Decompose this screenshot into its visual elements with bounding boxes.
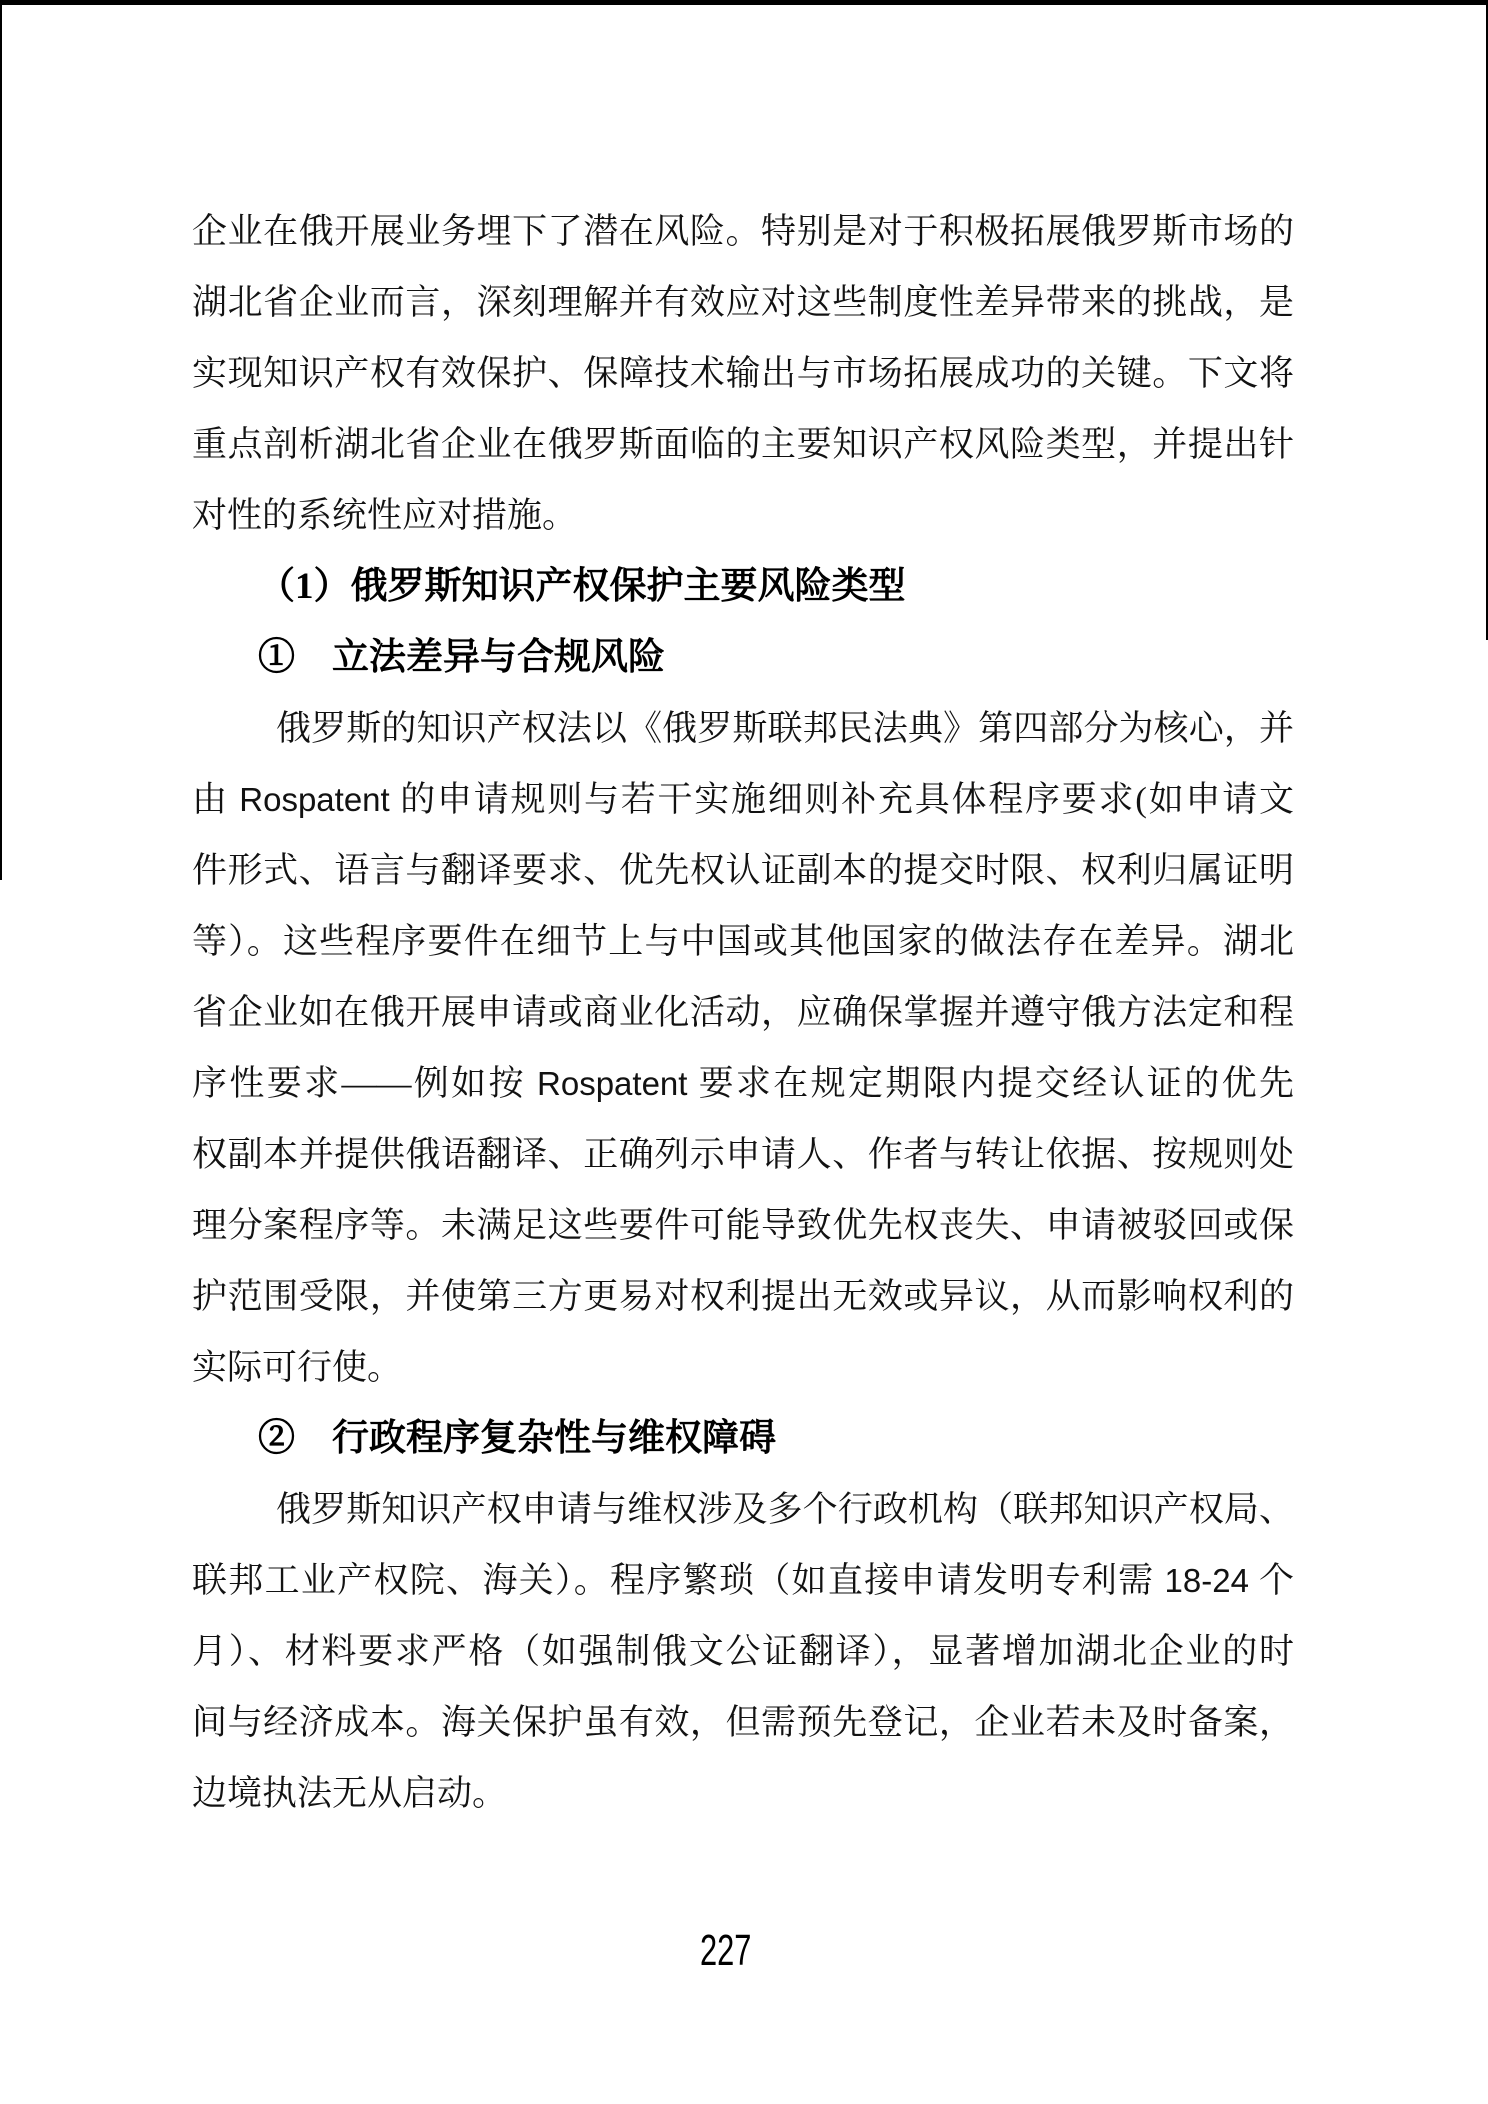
text-line: 联邦工业产权院、海关）。程序繁琐（如直接申请发明专利需 18-24 个 (192, 1545, 1294, 1616)
text-segment: 序性要求——例如按 (192, 1064, 537, 1103)
text-line: 重点剖析湖北省企业在俄罗斯面临的主要知识产权风险类型，并提出针 (192, 409, 1294, 480)
text-segment: 要求在规定期限内提交经认证的优先 (687, 1064, 1294, 1103)
latin-term-rospatent: Rospatent (537, 1065, 687, 1102)
text-line: 俄罗斯的知识产权法以《俄罗斯联邦民法典》第四部分为核心，并 (192, 693, 1294, 764)
text-line: 由 Rospatent 的申请规则与若干实施细则补充具体程序要求(如申请文 (192, 764, 1294, 835)
page-number: 227 (700, 1928, 751, 1974)
latin-term-rospatent: Rospatent (239, 781, 389, 818)
text-line: 俄罗斯知识产权申请与维权涉及多个行政机构（联邦知识产权局、 (192, 1474, 1294, 1545)
text-line: 理分案程序等。未满足这些要件可能导致优先权丧失、申请被驳回或保 (192, 1190, 1294, 1261)
scan-top-border (0, 0, 1488, 5)
text-segment: 由 (192, 780, 239, 819)
latin-number: 18-24 (1165, 1562, 1249, 1599)
text-line: 实现知识产权有效保护、保障技术输出与市场拓展成功的关键。下文将 (192, 338, 1294, 409)
text-segment: 的申请规则与若干实施细则补充具体程序要求(如申请文 (390, 780, 1294, 819)
scan-left-border (0, 0, 2, 880)
subsection-heading-2: ② 行政程序复杂性与维权障碍 (192, 1403, 1294, 1474)
text-line: 序性要求——例如按 Rospatent 要求在规定期限内提交经认证的优先 (192, 1048, 1294, 1119)
text-line: 权副本并提供俄语翻译、正确列示申请人、作者与转让依据、按规则处 (192, 1119, 1294, 1190)
text-line: 月）、材料要求严格（如强制俄文公证翻译），显著增加湖北企业的时 (192, 1616, 1294, 1687)
document-page: 企业在俄开展业务埋下了潜在风险。特别是对于积极拓展俄罗斯市场的 湖北省企业而言，… (0, 0, 1488, 2104)
subsection-heading-1: ① 立法差异与合规风险 (192, 622, 1294, 693)
text-segment: 个 (1249, 1561, 1294, 1600)
text-segment: 联邦工业产权院、海关）。程序繁琐（如直接申请发明专利需 (192, 1561, 1165, 1600)
text-line: 等）。这些程序要件在细节上与中国或其他国家的做法存在差异。湖北 (192, 906, 1294, 977)
text-line: 湖北省企业而言，深刻理解并有效应对这些制度性差异带来的挑战，是 (192, 267, 1294, 338)
text-line: 省企业如在俄开展申请或商业化活动，应确保掌握并遵守俄方法定和程 (192, 977, 1294, 1048)
text-line: 间与经济成本。海关保护虽有效，但需预先登记，企业若未及时备案， (192, 1687, 1294, 1758)
text-line: 对性的系统性应对措施。 (192, 480, 1294, 551)
page-footer: 227 (0, 1928, 1488, 1974)
section-heading-1: （1）俄罗斯知识产权保护主要风险类型 (192, 551, 1294, 622)
text-line: 件形式、语言与翻译要求、优先权认证副本的提交时限、权利归属证明 (192, 835, 1294, 906)
text-line: 护范围受限，并使第三方更易对权利提出无效或异议，从而影响权利的 (192, 1261, 1294, 1332)
text-line: 边境执法无从启动。 (192, 1758, 1294, 1829)
text-line: 企业在俄开展业务埋下了潜在风险。特别是对于积极拓展俄罗斯市场的 (192, 196, 1294, 267)
page-body: 企业在俄开展业务埋下了潜在风险。特别是对于积极拓展俄罗斯市场的 湖北省企业而言，… (192, 196, 1294, 1829)
text-line: 实际可行使。 (192, 1332, 1294, 1403)
